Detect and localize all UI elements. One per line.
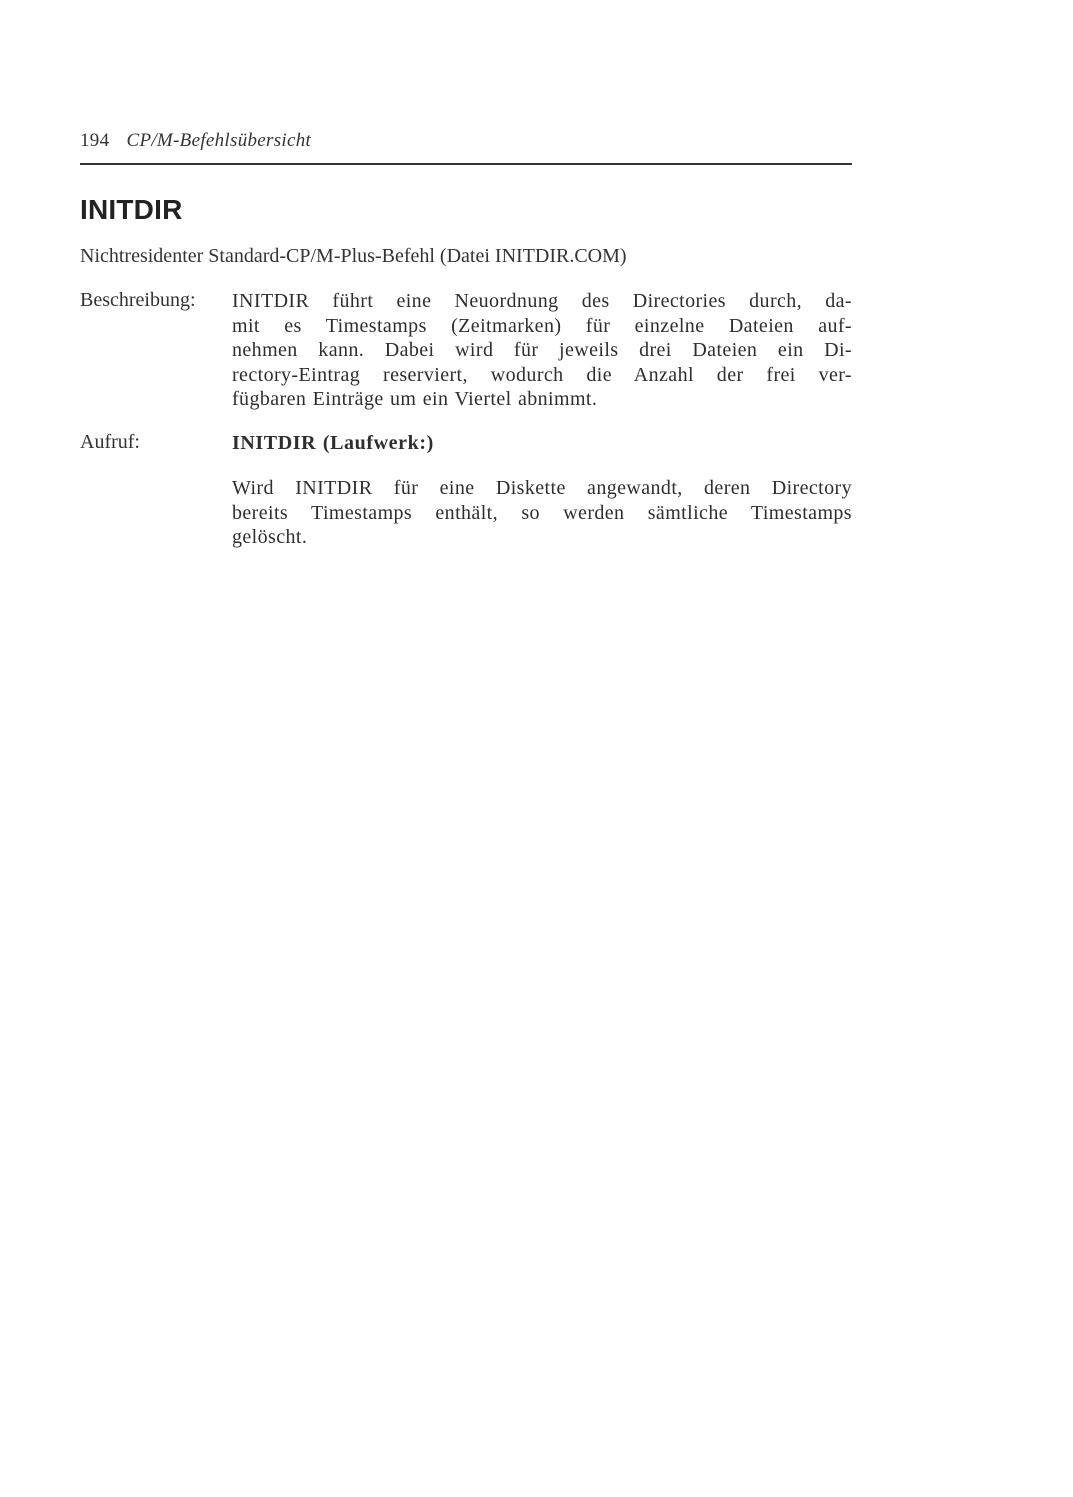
description-line: fügbaren Einträge um ein Viertel abnimmt…: [232, 387, 852, 412]
description-line: mit es Timestamps (Zeitmarken) für einze…: [232, 314, 852, 339]
call-note: Wird INITDIR für eine Diskette angewandt…: [232, 476, 852, 550]
section-title: CP/M-Befehlsübersicht: [126, 130, 311, 151]
command-title: INITDIR: [80, 194, 183, 226]
header-rule: [80, 163, 852, 165]
description-text: INITDIR führt eine Neuordnung des Direct…: [232, 289, 852, 412]
description-line: nehmen kann. Dabei wird für jeweils drei…: [232, 338, 852, 363]
call-syntax: INITDIR (Laufwerk:): [232, 432, 434, 454]
command-subtitle: Nichtresidenter Standard-CP/M-Plus-Befeh…: [80, 245, 627, 268]
call-note-line: gelöscht.: [232, 525, 852, 550]
call-syntax-block: INITDIR (Laufwerk:): [232, 431, 852, 456]
description-line: INITDIR führt eine Neuordnung des Direct…: [232, 289, 852, 314]
description-line: rectory-Eintrag reserviert, wodurch die …: [232, 363, 852, 388]
description-label: Beschreibung:: [80, 289, 196, 312]
call-note-line: bereits Timestamps enthält, so werden sä…: [232, 501, 852, 526]
call-note-line: Wird INITDIR für eine Diskette angewandt…: [232, 476, 852, 501]
call-label: Aufruf:: [80, 431, 140, 454]
running-header: 194 CP/M-Befehlsübersicht: [80, 130, 311, 152]
page-number: 194: [80, 130, 109, 151]
